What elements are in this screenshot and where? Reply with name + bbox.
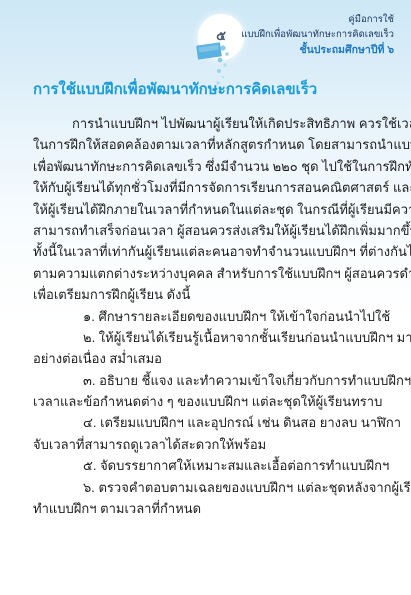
body-line: สามารถทำเสร็จก่อนเวลา ผู้สอนควรส่งเสริมใ… [33,220,379,241]
section-title: การใช้แบบฝึกเพื่อพัฒนาทักษะการคิดเลขเร็ว [33,80,379,100]
body-line: เวลาและข้อกำหนดต่าง ๆ ของแบบฝึกฯ แต่ละชุ… [33,391,379,412]
body-line: ในการฝึกให้สอดคล้องตามเวลาที่หลักสูตรกำห… [33,134,379,155]
body-line: การนำแบบฝึกฯ ไปพัฒนาผู้เรียนให้เกิดประสิ… [33,113,379,134]
body-line: ตามความแตกต่างระหว่างบุคคล สำหรับการใช้แ… [33,263,379,284]
manual-title-line1: คู่มือการใช้ [241,12,394,27]
body-text: การนำแบบฝึกฯ ไปพัฒนาผู้เรียนให้เกิดประสิ… [33,113,379,519]
list-item-line: ๖. ตรวจคำตอบตามเฉลยของแบบฝึกฯ แต่ละชุดหล… [33,477,379,498]
manual-title-line2: แบบฝึกเพื่อพัฒนาทักษะการคิดเลขเร็ว [241,27,394,42]
list-item-line: ๕. จัดบรรยากาศให้เหมาะสมและเอื้อต่อการทำ… [33,455,379,476]
body-line: ทำแบบฝึกฯ ตามเวลาที่กำหนด [33,498,379,519]
list-item-line: ๑. ศึกษารายละเอียดของแบบฝึกฯ ให้เข้าใจก่… [33,306,379,327]
content-area: การใช้แบบฝึกเพื่อพัฒนาทักษะการคิดเลขเร็ว… [33,80,379,519]
list-item-line: ๒. ให้ผู้เรียนได้เรียนรู้เนื้อหาจากชั้นเ… [33,327,379,348]
document-header: คู่มือการใช้ แบบฝึกเพื่อพัฒนาทักษะการคิด… [241,12,394,58]
body-line: ให้กับผู้เรียนได้ทุกชั่วโมงที่มีการจัดกา… [33,177,379,198]
body-line: ทั้งนี้ในเวลาที่เท่ากันผู้เรียนแต่ละคนอา… [33,241,379,262]
manual-page: ๕ คู่มือการใช้ แบบฝึกเพื่อพัฒนาทักษะการค… [0,0,411,595]
list-item-line: ๔. เตรียมแบบฝึกฯ และอุปกรณ์ เช่น ดินสอ ย… [33,412,379,433]
body-line: เพื่อพัฒนาทักษะการคิดเลขเร็ว ซึ่งมีจำนวน… [33,156,379,177]
grade-level: ชั้นประถมศึกษาปีที่ ๖ [241,43,394,58]
body-line: เพื่อเตรียมการฝึกผู้เรียน ดังนี้ [33,284,379,305]
body-line: อย่างต่อเนื่อง สม่ำเสมอ [33,348,379,369]
list-item-line: ๓. อธิบาย ชี้แจง และทำความเข้าใจเกี่ยวกั… [33,370,379,391]
body-line: จับเวลาที่สามารถดูเวลาได้สะดวกให้พร้อม [33,434,379,455]
body-line: ให้ผู้เรียนได้ฝึกภายในเวลาที่กำหนดในแต่ล… [33,199,379,220]
